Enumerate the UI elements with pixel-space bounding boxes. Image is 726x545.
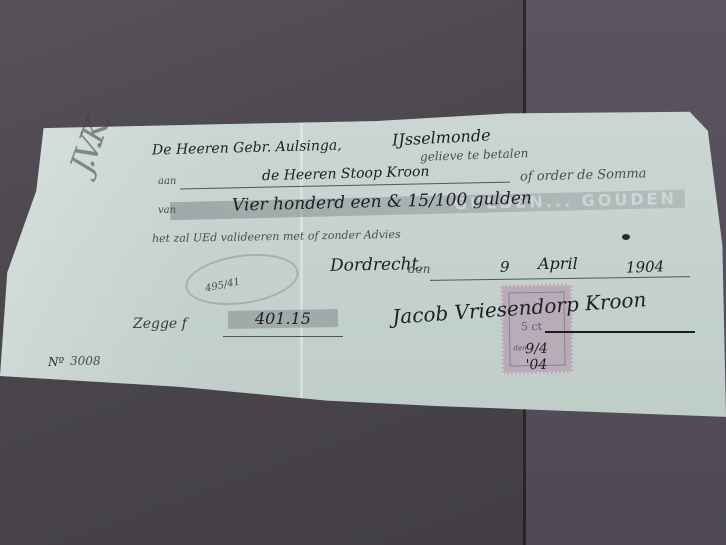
printed-aan: aan [158,176,176,187]
stamp-value: 5 ct [521,320,542,333]
printed-van: van [158,205,176,216]
issue-day: 9 [500,258,510,276]
amount-figures: 401.15 [255,309,311,328]
printed-den: den [408,262,431,276]
issue-year: 1904 [626,257,665,276]
document-number: 3008 [70,354,101,368]
rule-line [223,336,343,337]
issue-month: April [538,254,578,273]
number-label: Nº [48,355,64,369]
signature-underline [545,331,695,333]
bill-of-exchange: J.V.K. De Heeren Gebr. Aulsinga, IJsselm… [0,0,726,545]
stamp-cancel-date: 9/4 '04 [525,340,572,373]
zegge-label: Zegge f [133,316,187,332]
ink-spot [622,234,630,240]
